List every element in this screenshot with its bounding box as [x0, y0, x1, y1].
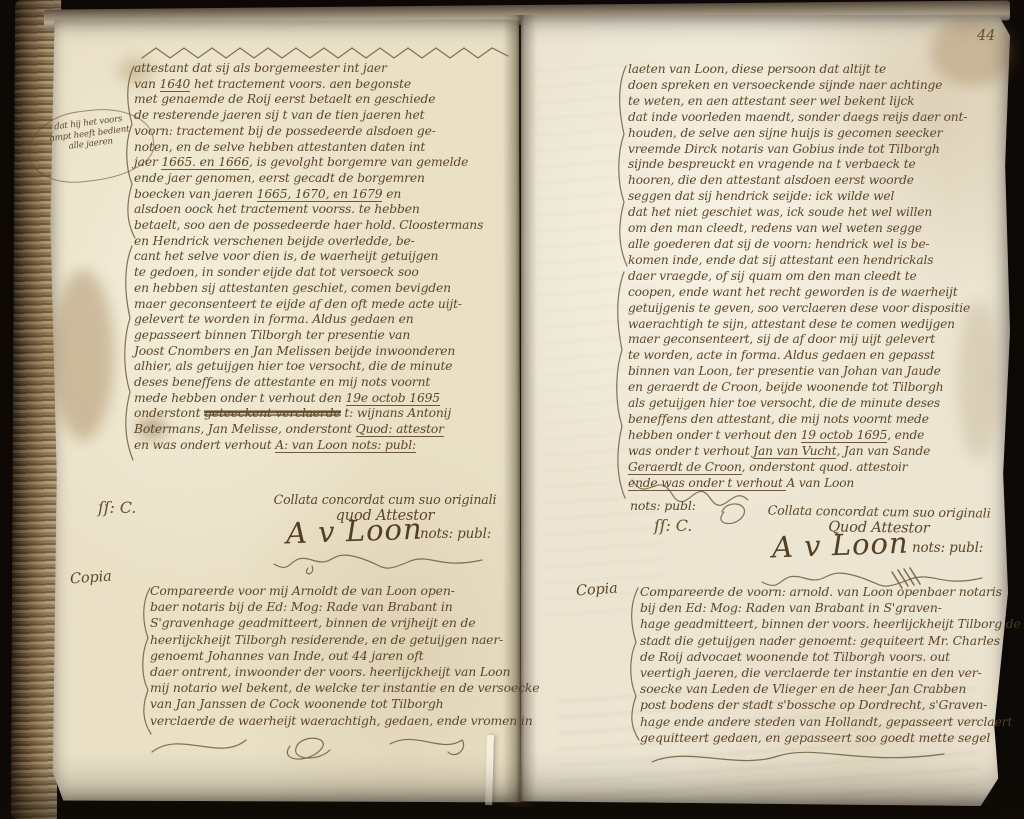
manuscript-line: stadt die getuijgen nader genoemt: gequi… [640, 633, 1012, 649]
manuscript-line: dat het niet geschiet was, ick soude het… [628, 205, 1014, 221]
notary-signature-title: nots: publ: [912, 540, 983, 556]
manuscript-line: heerlijckheijt Tilborgh residerende, en … [150, 632, 524, 648]
manuscript-line: om den man cleedt, redens van wel weten … [628, 221, 1014, 237]
manuscript-line: beneffens den attestant, die mij nots vo… [628, 412, 1014, 428]
manuscript-line: Compareerde de voorn: arnold. van Loon o… [640, 584, 1012, 600]
manuscript-line: vreemde Dirck notaris van Gobius inde to… [628, 142, 1014, 158]
notary-signature-title: nots: publ: [420, 526, 491, 542]
manuscript-line: seggen dat sij hendrick seijde: ick wild… [628, 189, 1014, 205]
manuscript-line: Compareerde voor mij Arnoldt de van Loon… [150, 583, 524, 599]
notary-signature: A v Loon [771, 526, 909, 565]
left-page-body-text: attestant dat sij als borgemeester int j… [134, 61, 526, 454]
manuscript-line: van 1640 het tractement voors. aen begon… [134, 77, 526, 93]
manuscript-line: daer ontrent, inwoonder der voors. heerl… [150, 664, 524, 680]
notary-paraph: ſſ: C. [654, 516, 692, 535]
manuscript-line: alhier, als getuijgen hier toe versocht,… [134, 359, 526, 375]
manuscript-line: maer geconsenteert te eijde af den oft m… [134, 297, 526, 313]
manuscript-line: cant het selve voor dien is, de waerheij… [134, 249, 526, 265]
manuscript-line: veertigh jaeren, die verclaerde ter inst… [640, 665, 1012, 681]
manuscript-line: gelevert te worden in forma. Aldus gedae… [134, 312, 526, 328]
copia-label: Copia [69, 569, 112, 588]
manuscript-line: gequitteert gedaen, en gepasseert soo go… [640, 730, 1012, 746]
manuscript-line: maer geconsenteert, sij de af door mij u… [628, 332, 1014, 348]
manuscript-line: komen inde, ende dat sij attestant een h… [628, 253, 1014, 269]
copia-label: Copia [575, 581, 618, 600]
right-page-copy-text: Compareerde de voorn: arnold. van Loon o… [640, 584, 1012, 746]
manuscript-line: voorn: tractement bij de possedeerde als… [134, 124, 526, 140]
notary-paraph: ſſ: C. [98, 498, 136, 517]
manuscript-line: te worden, acte in forma. Aldus gedaen e… [628, 348, 1014, 364]
manuscript-line: attestant dat sij als borgemeester int j… [134, 61, 526, 77]
notary-title-tail: nots: publ: [630, 498, 696, 513]
manuscript-line: waerachtigh te sijn, attestant dese te c… [628, 317, 1014, 333]
manuscript-line: baer notaris bij de Ed: Mog: Rade van Br… [150, 599, 524, 615]
manuscript-line: de Roij advocaet woonende tot Tilborgh v… [640, 649, 1012, 665]
manuscript-line: was onder t verhout Jan van Vucht, Jan v… [628, 444, 1014, 460]
manuscript-line: noten, en de selve hebben attestanten da… [134, 140, 526, 156]
manuscript-line: ende jaer genomen, eerst gecadt de borge… [134, 171, 526, 187]
manuscript-line: soecke van Leden de Vlieger en de heer J… [640, 681, 1012, 697]
manuscript-line: te weten, en aen attestant seer wel beke… [628, 94, 1014, 110]
manuscript-line: Joost Cnombers en Jan Melissen beijde in… [134, 344, 526, 360]
manuscript-line: S'gravenhage geadmitteert, binnen de vri… [150, 615, 524, 631]
right-page-body-text: laeten van Loon, diese persoon dat altij… [628, 62, 1014, 491]
manuscript-line: alsdoen oock het tractement voorss. te h… [134, 202, 526, 218]
manuscript-line: deses beneffens de attestante en mij not… [134, 375, 526, 391]
folio-number: 44 [977, 28, 995, 44]
manuscript-line: mij notario wel bekent, de welcke ter in… [150, 680, 524, 696]
manuscript-line: hebben onder t verhout den 19 octob 1695… [628, 428, 1014, 444]
manuscript-line: doen spreken en versoeckende sijnde naer… [628, 78, 1014, 94]
manuscript-line: gepasseert binnen Tilborgh ter presentie… [134, 328, 526, 344]
manuscript-line: getuijgenis te geven, soo verclaeren des… [628, 301, 1014, 317]
collation-line1: Collata concordat cum suo originali [250, 492, 520, 507]
manuscript-line: sijnde bespreuckt en vragende na t verba… [628, 157, 1014, 173]
manuscript-line: houden, de selve aen sijne huijs is geco… [628, 126, 1014, 142]
manuscript-line: genoemt Johannes van Inde, out 44 jaren … [150, 648, 524, 664]
manuscript-line: coopen, ende want het recht geworden is … [628, 285, 1014, 301]
manuscript-line: de resterende jaeren sij t van de tien j… [134, 108, 526, 124]
manuscript-line: dat inde voorleden maendt, sonder daegs … [628, 110, 1014, 126]
manuscript-line: van Jan Janssen de Cock woonende tot Til… [150, 696, 524, 712]
manuscript-line: alle goederen dat sij de voorn: hendrick… [628, 237, 1014, 253]
manuscript-line: als getuijgen hier toe versocht, die de … [628, 396, 1014, 412]
manuscript-line: post bodens der stadt s'bossche op Dordr… [640, 697, 1012, 713]
manuscript-line: ende was onder t verhout A van Loon [628, 476, 1014, 492]
manuscript-line: jaer 1665. en 1666, is gevolght borgemre… [134, 155, 526, 171]
manuscript-line: Botermans, Jan Melisse, onderstont Quod:… [134, 422, 526, 438]
manuscript-line: en Hendrick verschenen beijde overledde,… [134, 234, 526, 250]
manuscript-line: boecken van jaeren 1665, 1670, en 1679 e… [134, 187, 526, 203]
manuscript-line: betaelt, soo aen de possedeerde haer hol… [134, 218, 526, 234]
manuscript-line: onderstont geteeckent verclaerde t: wijn… [134, 406, 526, 422]
manuscript-line: laeten van Loon, diese persoon dat altij… [628, 62, 1014, 78]
manuscript-line: bij den Ed: Mog: Raden van Brabant in S'… [640, 600, 1012, 616]
manuscript-line: hooren, die den attestant alsdoen eerst … [628, 173, 1014, 189]
left-page-copy-text: Compareerde voor mij Arnoldt de van Loon… [150, 583, 524, 729]
manuscript-line: te gedoen, in sonder eijde dat tot verso… [134, 265, 526, 281]
notary-signature: A v Loon [285, 512, 423, 551]
manuscript-scan: dat hij het voorsampt heeft bedientalle … [0, 0, 1024, 819]
manuscript-line: hage ende andere steden van Hollandt, ge… [640, 714, 1012, 730]
manuscript-line: binnen van Loon, ter presentie van Johan… [628, 364, 1014, 380]
manuscript-line: daer vraegde, of sij quam om den man cle… [628, 269, 1014, 285]
manuscript-line: en was ondert verhout A: van Loon nots: … [134, 438, 526, 454]
manuscript-line: Geraerdt de Croon, onderstont quod. atte… [628, 460, 1014, 476]
manuscript-line: met genaemde de Roij eerst betaelt en ge… [134, 92, 526, 108]
manuscript-line: hage geadmitteert, binnen der voors. hee… [640, 616, 1012, 632]
manuscript-line: mede hebben onder t verhout den 19e octo… [134, 391, 526, 407]
manuscript-line: verclaerde de waerheijt waerachtigh, ged… [150, 713, 524, 729]
manuscript-line: en geraerdt de Croon, beijde woonende to… [628, 380, 1014, 396]
manuscript-line: en hebben sij attestanten geschiet, come… [134, 281, 526, 297]
